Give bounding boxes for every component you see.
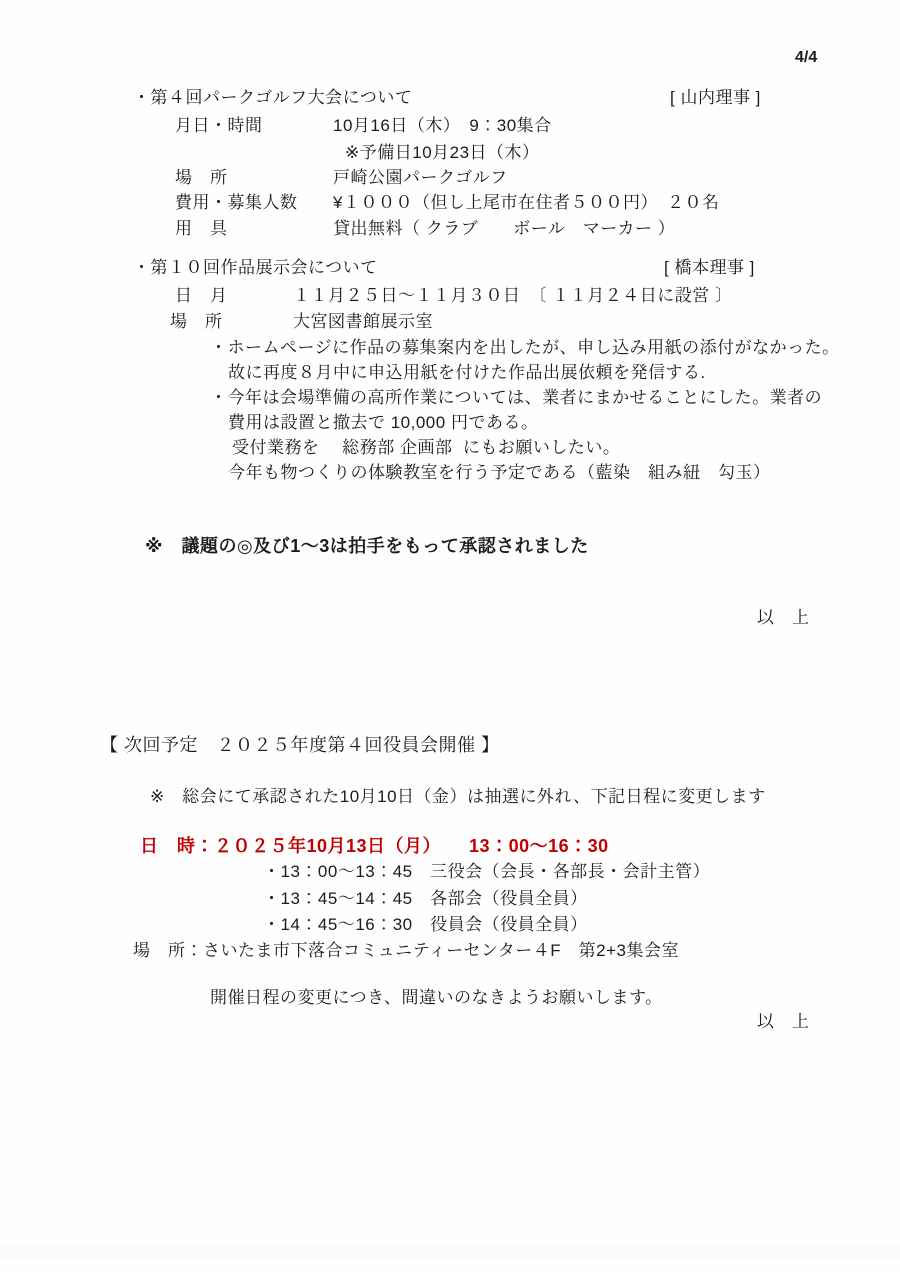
golf-datetime-value: 10月16日（木） 9：30集合 — [333, 116, 552, 136]
golf-reserve-note: ※予備日10月23日（木） — [345, 143, 540, 163]
exhibition-note3: 受付業務を 総務部 企画部 にもお願いしたい。 — [232, 438, 620, 458]
closing-ijou-2: 以 上 — [757, 1012, 810, 1032]
next-meeting-place: 場 所：さいたま市下落合コミュニティーセンター４F 第2+3集会室 — [133, 941, 679, 961]
golf-place-value: 戸崎公園パークゴルフ — [333, 168, 508, 188]
golf-fee-value: ¥１０００（但し上尾市在住者５００円） ２０名 — [333, 193, 719, 213]
exhibition-note1-line2: 故に再度８月中に申込用紙を付けた作品出展依頼を発信する. — [228, 363, 706, 383]
golf-section-title: ・第４回パークゴルフ大会について — [133, 88, 412, 108]
next-meeting-datetime: 日 時：２０２５年10月13日（月） 13：00～16：30 — [140, 836, 609, 858]
golf-equipment-value: 貸出無料（ クラブ ボール マーカー ） — [333, 219, 675, 239]
next-meeting-change-note: ※ 総会にて承認された10月10日（金）は抽選に外れ、下記日程に変更します — [150, 787, 766, 807]
approval-note: ※ 議題の◎及び1～3は拍手をもって承認されました — [145, 536, 589, 558]
next-meeting-schedule-item: ・13：45～14：45 各部会（役員全員） — [263, 889, 588, 909]
exhibition-section-title: ・第１０回作品展示会について — [133, 258, 378, 278]
scanned-minutes-page: 4/4 ・第４回パークゴルフ大会について [ 山内理事 ] 月日・時間 10月1… — [0, 0, 900, 1272]
next-meeting-schedule-item: ・13：00～13：45 三役会（会長・各部長・会計主管） — [263, 862, 710, 882]
scan-artifact — [0, 1246, 900, 1258]
exhibition-place-value: 大宮図書館展示室 — [293, 312, 433, 332]
exhibition-note1-line1: ・ホームページに作品の募集案内を出したが、申し込み用紙の添付がなかった。 — [210, 338, 840, 358]
golf-place-label: 場 所 — [175, 168, 228, 188]
golf-fee-label: 費用・募集人数 — [175, 193, 298, 213]
exhibition-date-value: １１月２５日～１１月３０日 〔 １１月２４日に設営 〕 — [293, 286, 732, 306]
golf-datetime-label: 月日・時間 — [175, 116, 263, 136]
page-number: 4/4 — [795, 48, 817, 67]
golf-equipment-label: 用 具 — [175, 219, 228, 239]
exhibition-note4: 今年も物つくりの体験教室を行う予定である（藍染 組み紐 勾玉） — [228, 463, 771, 483]
next-meeting-heading: 【 次回予定 ２０２５年度第４回役員会開催 】 — [100, 735, 500, 757]
exhibition-place-label: 場 所 — [170, 312, 223, 332]
next-meeting-reminder: 開催日程の変更につき、間違いのなきようお願いします。 — [210, 988, 663, 1008]
exhibition-section-attribution: [ 橋本理事 ] — [664, 258, 755, 278]
golf-section-attribution: [ 山内理事 ] — [670, 88, 761, 108]
next-meeting-schedule-item: ・14：45～16：30 役員会（役員全員） — [263, 915, 588, 935]
closing-ijou-1: 以 上 — [757, 608, 810, 628]
exhibition-date-label: 日 月 — [175, 286, 228, 306]
exhibition-note2-line1: ・今年は会場準備の高所作業については、業者にまかせることにした。業者の — [210, 388, 822, 408]
exhibition-note2-line2: 費用は設置と撤去で 10,000 円である。 — [228, 413, 538, 433]
